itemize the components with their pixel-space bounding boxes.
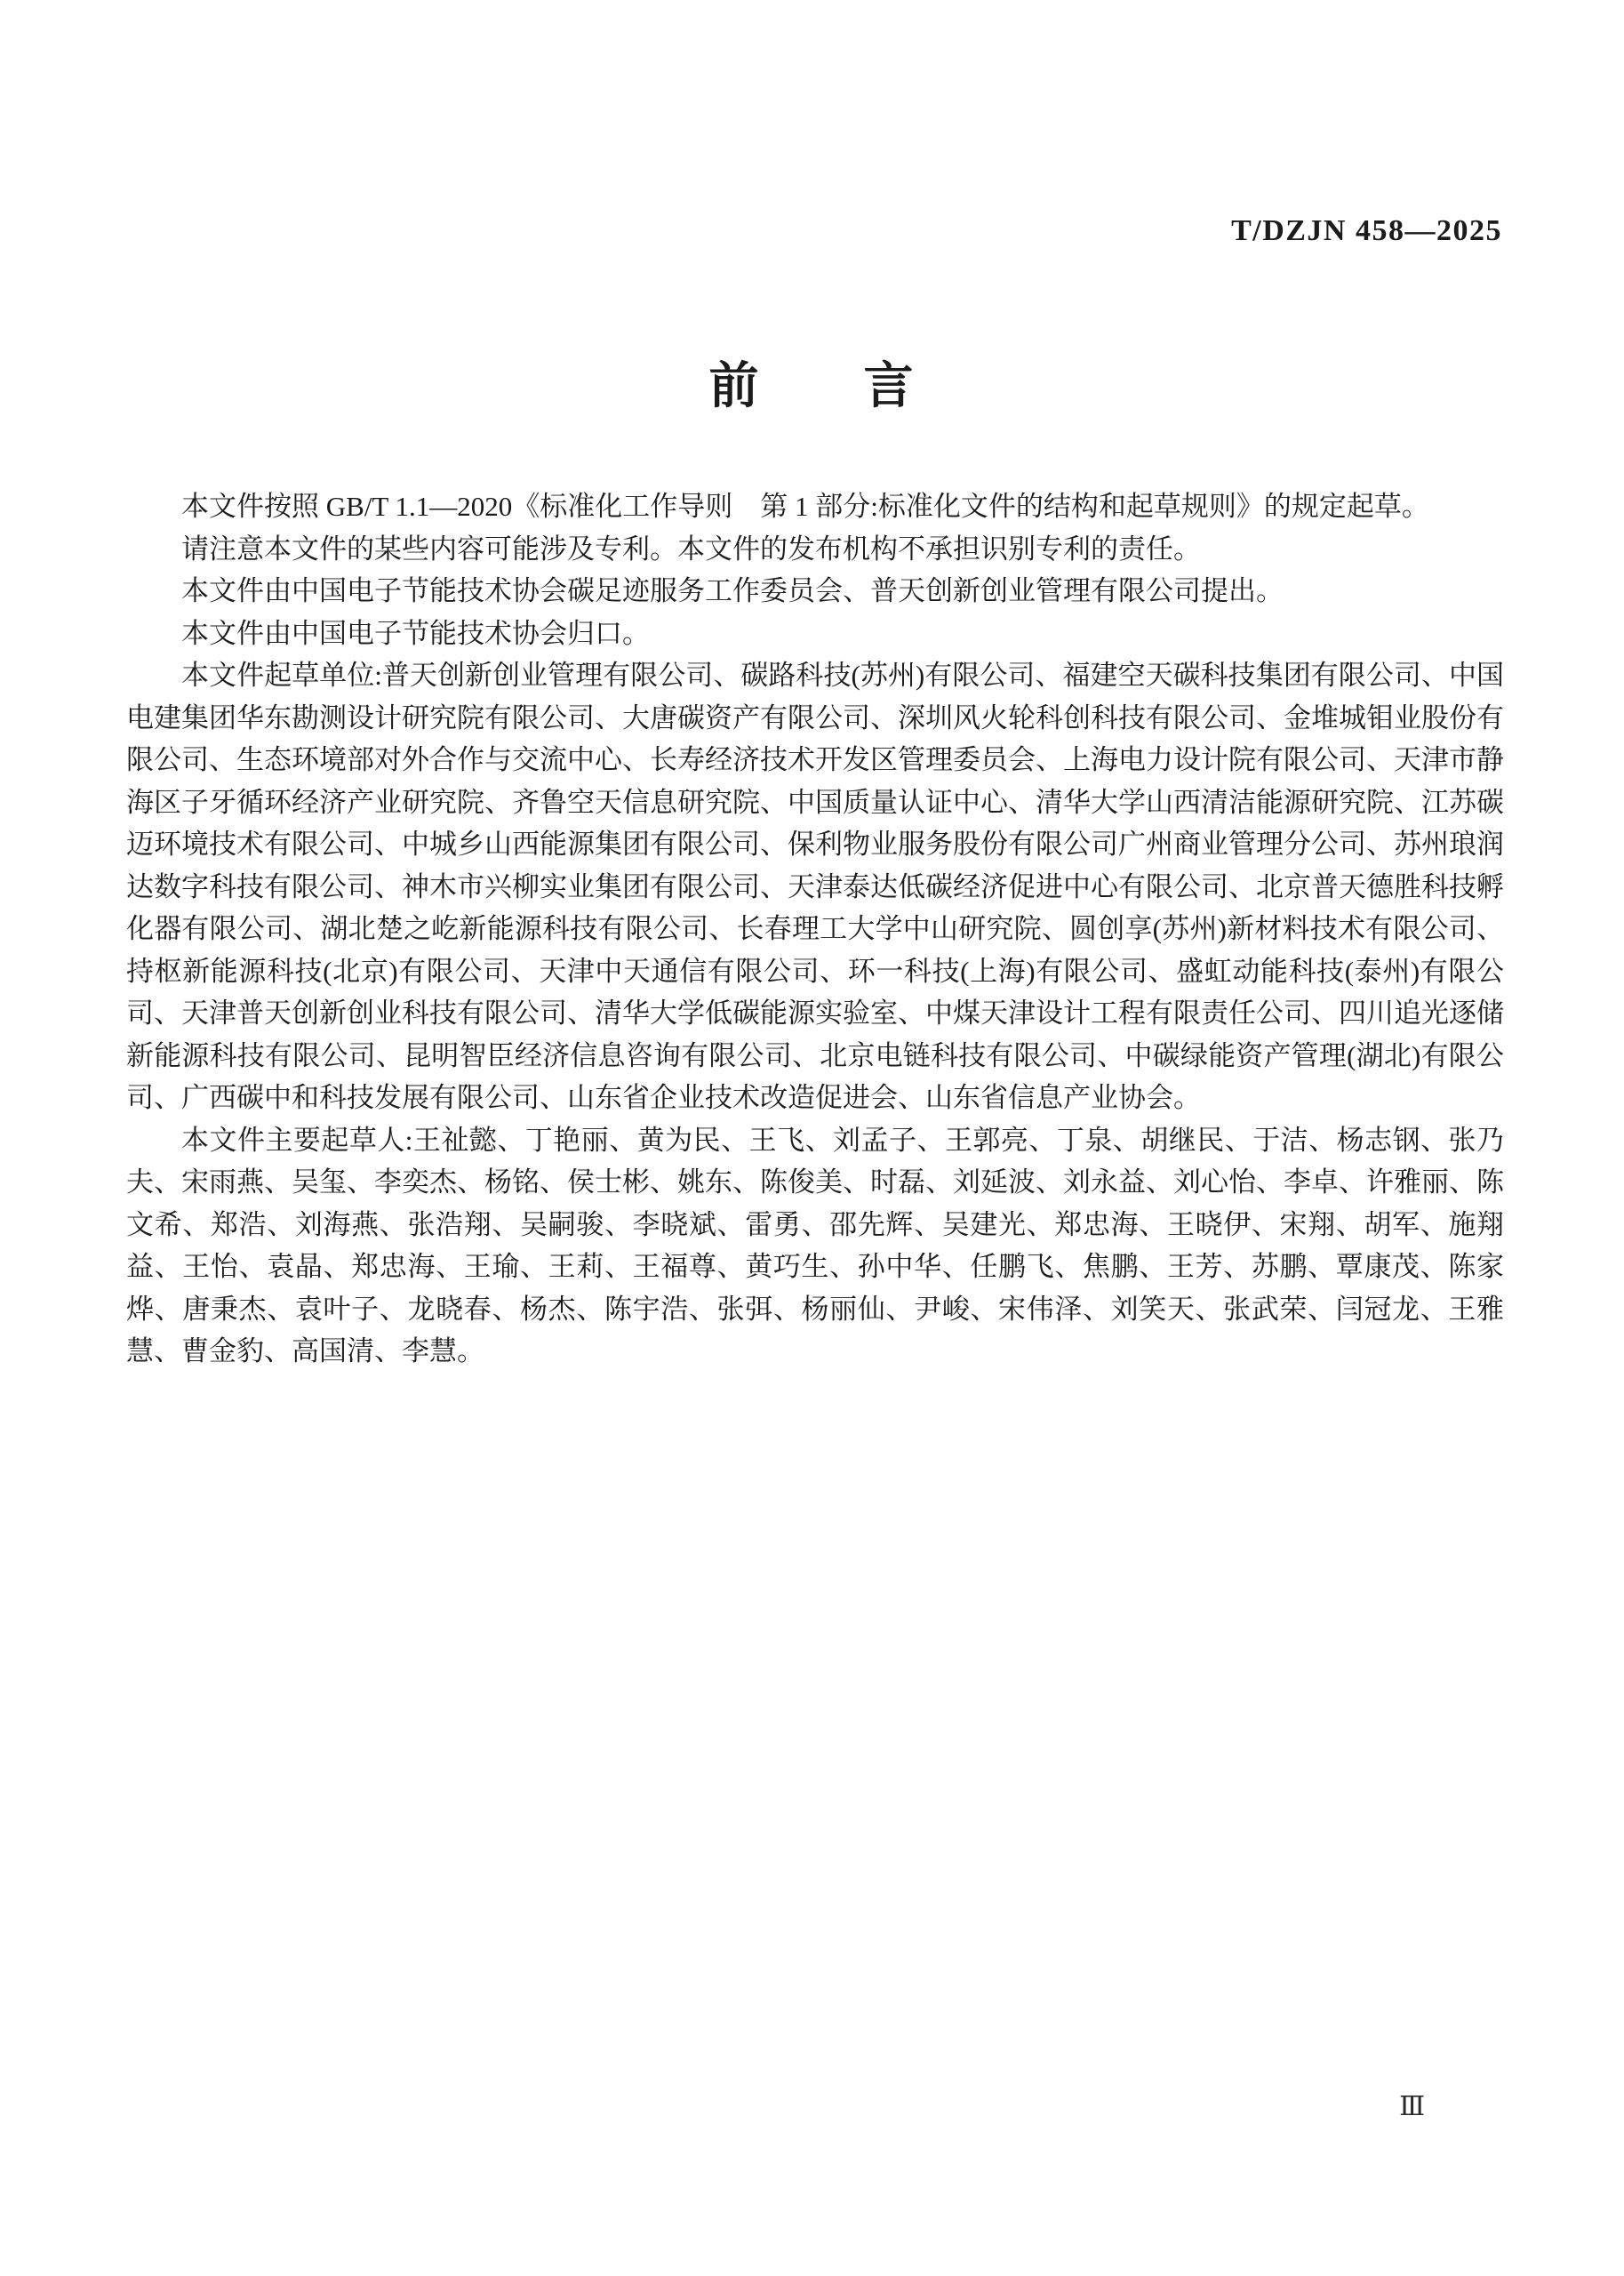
page-title: 前 言 [0, 347, 1624, 418]
document-code: T/DZJN 458—2025 [1231, 214, 1502, 248]
paragraph-drafting-organizations: 本文件起草单位:普天创新创业管理有限公司、碳路科技(苏州)有限公司、福建空天碳科… [126, 654, 1504, 1119]
paragraph-standard-basis: 本文件按照 GB/T 1.1—2020《标准化工作导则 第 1 部分:标准化文件… [126, 485, 1504, 528]
paragraph-proposed-by: 本文件由中国电子节能技术协会碳足迹服务工作委员会、普天创新创业管理有限公司提出。 [126, 570, 1504, 613]
document-page: T/DZJN 458—2025 前 言 本文件按照 GB/T 1.1—2020《… [0, 0, 1624, 2276]
paragraph-centralized-by: 本文件由中国电子节能技术协会归口。 [126, 613, 1504, 655]
paragraph-main-drafters: 本文件主要起草人:王祉懿、丁艳丽、黄为民、王飞、刘孟子、王郭亮、丁泉、胡继民、于… [126, 1119, 1504, 1373]
foreword-content: 本文件按照 GB/T 1.1—2020《标准化工作导则 第 1 部分:标准化文件… [126, 485, 1504, 1373]
paragraph-patent-notice: 请注意本文件的某些内容可能涉及专利。本文件的发布机构不承担识别专利的责任。 [126, 528, 1504, 571]
page-number: Ⅲ [1399, 2091, 1425, 2122]
